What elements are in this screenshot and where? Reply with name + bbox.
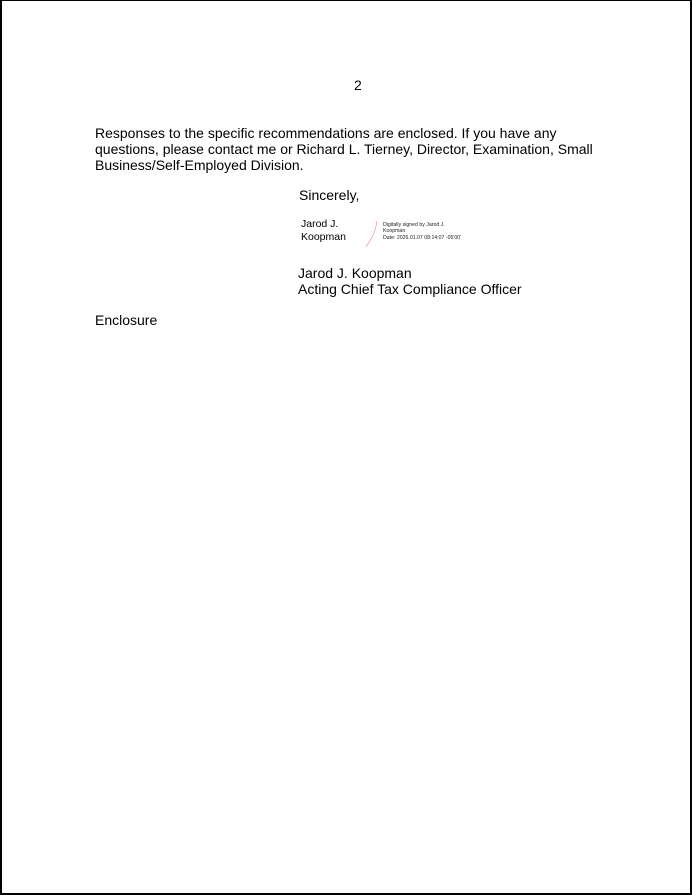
body-paragraph: Responses to the specific recommendation… (95, 125, 615, 173)
signature-details: Digitally signed by Jarod J. Koopman Dat… (383, 222, 461, 241)
signature-name-line1: Jarod J. (301, 218, 346, 231)
document-page: 2 Responses to the specific recommendati… (0, 0, 692, 895)
signature-name-line2: Koopman (301, 231, 346, 244)
signer-name: Jarod J. Koopman (298, 265, 522, 281)
enclosure-label: Enclosure (95, 312, 157, 328)
digital-signature[interactable]: Jarod J. Koopman Digitally signed by Jar… (301, 218, 471, 248)
signature-name: Jarod J. Koopman (301, 218, 346, 244)
signature-mark-icon (365, 220, 379, 248)
closing-salutation: Sincerely, (299, 187, 359, 203)
page-number: 2 (354, 77, 362, 93)
signer-title: Acting Chief Tax Compliance Officer (298, 281, 522, 297)
signature-details-date: Date: 2026.01.07 08:14:07 -05'00' (383, 235, 461, 241)
signer-block: Jarod J. Koopman Acting Chief Tax Compli… (298, 265, 522, 297)
